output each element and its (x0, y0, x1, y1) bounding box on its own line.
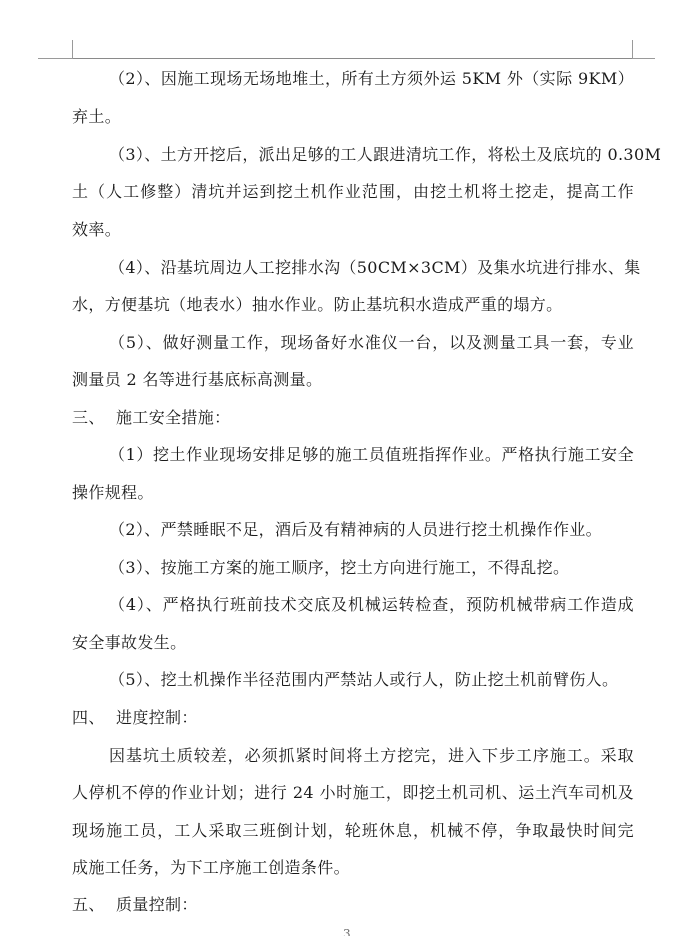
paragraph-line: 现场施工员，工人采取三班倒计划，轮班休息，机械不停，争取最快时间完 (72, 818, 634, 844)
paragraph-line: 成施工任务，为下工序施工创造条件。 (72, 855, 350, 881)
paragraph-line: （1）挖土作业现场安排足够的施工员值班指挥作业。严格执行施工安全 (109, 442, 634, 468)
paragraph-line: （2）、因施工现场无场地堆土，所有土方须外运 5KM 外（实际 9KM） (109, 66, 634, 92)
left-corner-mark-horizontal (38, 58, 72, 59)
paragraph-line: （4）、严格执行班前技术交底及机械运转检查，预防机械带病工作造成 (109, 592, 634, 618)
paragraph-line: （5）、挖土机操作半径范围内严禁站人或行人，防止挖土机前臂伤人。 (109, 667, 618, 693)
right-corner-mark-horizontal (633, 58, 655, 59)
header-margin-line (72, 58, 632, 59)
paragraph-line: （4）、沿基坑周边人工挖排水沟（50CM×3CM）及集水坑进行排水、集 (109, 255, 634, 281)
paragraph-line: （3）、土方开挖后，派出足够的工人跟进清坑工作，将松土及底坑的 0.30M (109, 142, 634, 168)
paragraph-line: 测量员 2 名等进行基底标高测量。 (72, 367, 322, 393)
section-number: 五、 (72, 892, 116, 918)
paragraph-line: 操作规程。 (72, 480, 154, 506)
paragraph-line: 土（人工修整）清坑并运到挖土机作业范围，由挖土机将土挖走，提高工作 (72, 179, 634, 205)
section-heading-quality: 五、质量控制： (72, 892, 198, 918)
paragraph-line: 弃土。 (72, 104, 121, 130)
section-number: 三、 (72, 405, 116, 431)
page-number: 3 (343, 927, 351, 936)
paragraph-line: 安全事故发生。 (72, 630, 186, 656)
paragraph-line: （5）、做好测量工作，现场备好水准仪一台，以及测量工具一套，专业 (109, 330, 634, 356)
paragraph-line: 效率。 (72, 217, 121, 243)
right-corner-mark-vertical (632, 40, 633, 59)
paragraph-line: （2）、严禁睡眠不足，酒后及有精神病的人员进行挖土机操作作业。 (109, 517, 602, 543)
section-title: 进度控制： (116, 708, 198, 727)
section-heading-safety: 三、施工安全措施： (72, 405, 230, 431)
left-corner-mark-vertical (72, 40, 73, 59)
paragraph-line: 人停机不停的作业计划；进行 24 小时施工，即挖土机司机、运土汽车司机及 (72, 780, 634, 806)
paragraph-line: 水，方便基坑（地表水）抽水作业。防止基坑积水造成严重的塌方。 (72, 292, 563, 318)
section-heading-schedule: 四、进度控制： (72, 705, 198, 731)
section-title: 施工安全措施： (116, 408, 230, 427)
section-number: 四、 (72, 705, 116, 731)
paragraph-line: （3）、按施工方案的施工顺序，挖土方向进行施工，不得乱挖。 (109, 555, 569, 581)
section-title: 质量控制： (116, 895, 198, 914)
document-page: （2）、因施工现场无场地堆土，所有土方须外运 5KM 外（实际 9KM） 弃土。… (0, 0, 688, 936)
paragraph-line: 因基坑土质较差，必须抓紧时间将土方挖完，进入下步工序施工。采取 (109, 743, 634, 769)
